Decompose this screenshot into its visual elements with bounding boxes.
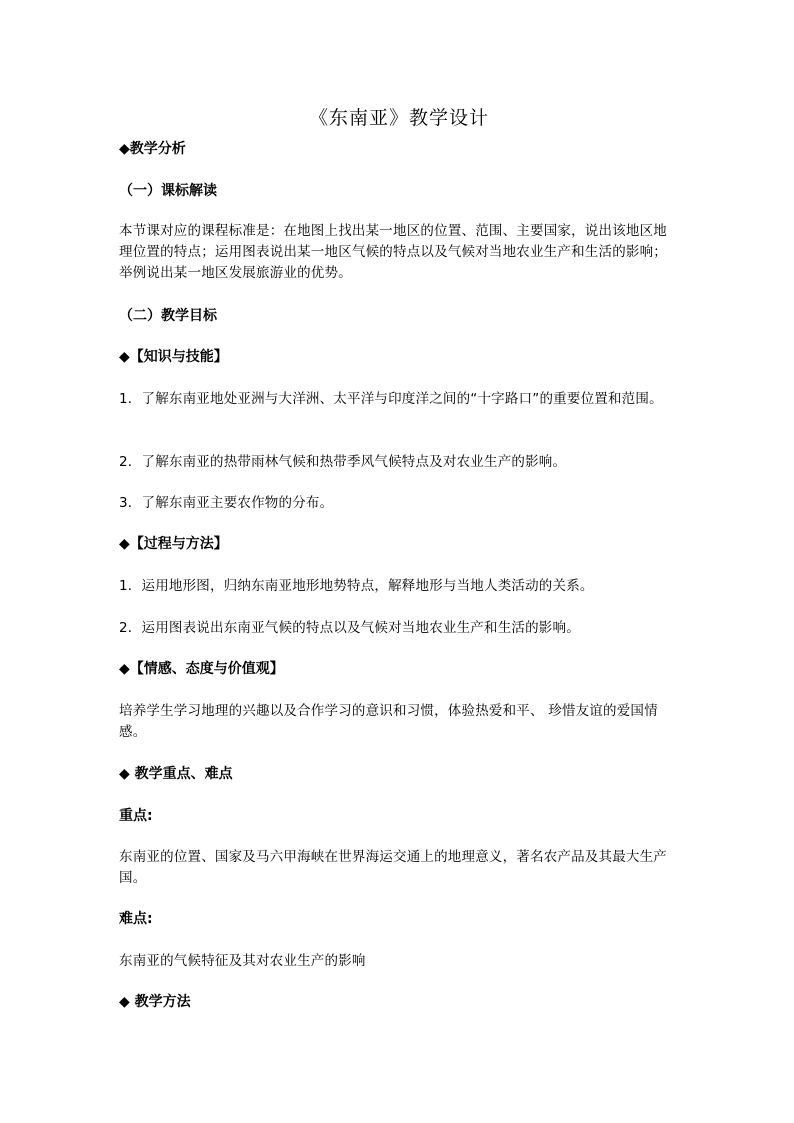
knowledge-item-3: 3．了解东南亚主要农作物的分布。 <box>119 493 679 514</box>
heading-teaching-methods: ◆ 教学方法 <box>119 992 679 1013</box>
heading-key-difficult-points: ◆ 教学重点、难点 <box>119 764 679 785</box>
paragraph-emotion-values: 培养学生学习地理的兴趣以及合作学习的意识和习惯，体验热爱和平、 珍惜友谊的爱国情… <box>119 701 679 743</box>
document-title: 《东南亚》教学设计 <box>119 104 679 132</box>
label-difficult-points: 难点: <box>119 909 679 930</box>
heading-curriculum-standard: （一）课标解读 <box>119 181 679 202</box>
heading-knowledge-skills: ◆【知识与技能】 <box>119 347 679 368</box>
process-item-1: 1．运用地形图，归纳东南亚地形地势特点，解释地形与当地人类活动的关系。 <box>119 576 679 597</box>
knowledge-item-1: 1．了解东南亚地处亚洲与大洋洲、太平洋与印度洋之间的“十字路口”的重要位置和范围… <box>119 389 679 410</box>
paragraph-difficult-points: 东南亚的气候特征及其对农业生产的影响 <box>119 951 679 972</box>
process-item-2: 2．运用图表说出东南亚气候的特点以及气候对当地农业生产和生活的影响。 <box>119 618 679 639</box>
knowledge-item-2: 2．了解东南亚的热带雨林气候和热带季风气候特点及对农业生产的影响。 <box>119 452 679 473</box>
heading-emotion-values: ◆【情感、态度与价值观】 <box>119 659 679 680</box>
heading-process-methods: ◆【过程与方法】 <box>119 534 679 555</box>
paragraph-key-points: 东南亚的位置、国家及马六甲海峡在世界海运交通上的地理意义，著名农产品及其最大生产… <box>119 847 679 889</box>
paragraph-curriculum-standard: 本节课对应的课程标准是：在地图上找出某一地区的位置、范围、主要国家，说出该地区地… <box>119 221 679 284</box>
label-key-points: 重点: <box>119 806 679 827</box>
heading-teaching-goals: （二）教学目标 <box>119 306 679 327</box>
heading-teaching-analysis: ◆教学分析 <box>119 139 679 160</box>
